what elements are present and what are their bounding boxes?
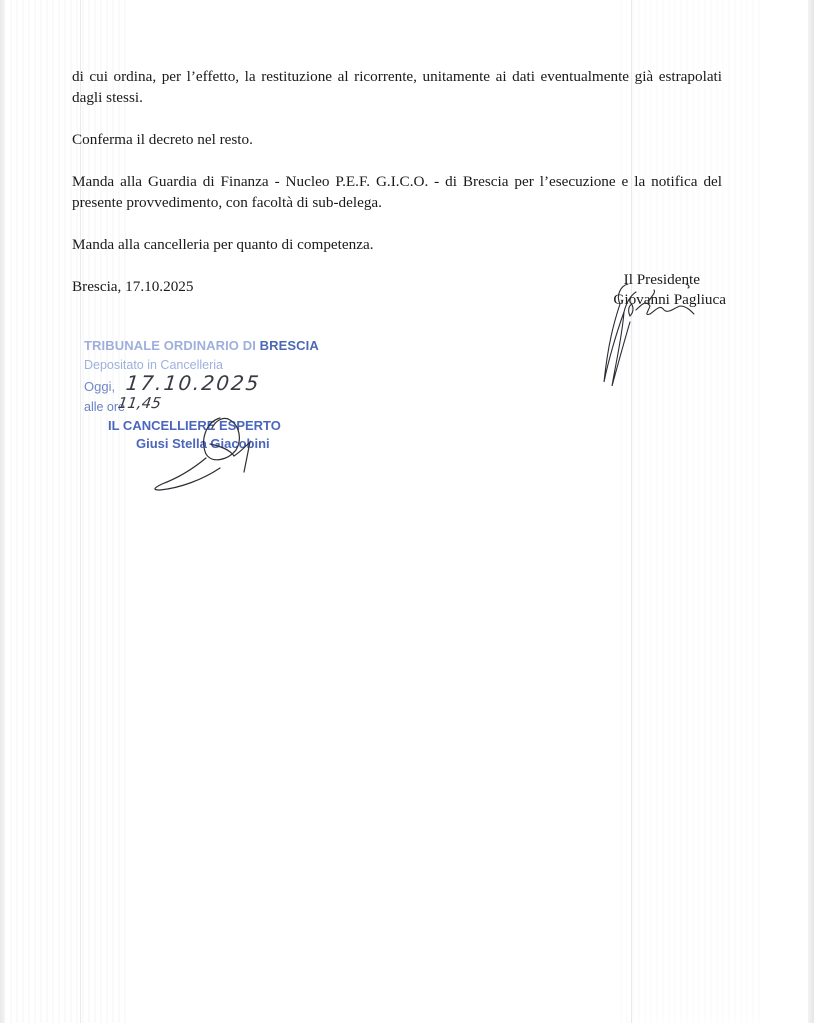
handwritten-signature-icon <box>590 282 710 392</box>
stamp-handwritten-date: 17.10.2025 <box>125 371 262 395</box>
paragraph-restitution: di cui ordina, per l’effetto, la restitu… <box>72 66 722 108</box>
page-edge-right <box>808 0 814 1023</box>
page-edge-left <box>0 0 5 1023</box>
clerk-signature-icon <box>150 410 280 495</box>
stamp-deposit-label: Depositato in Cancelleria <box>84 358 223 372</box>
paragraph-cancelleria: Manda alla cancelleria per quanto di com… <box>72 234 722 255</box>
paragraph-confirm-decree: Conferma il decreto nel resto. <box>72 129 722 150</box>
stamp-today-label: Oggi, <box>84 379 115 394</box>
paragraph-guardia-finanza: Manda alla Guardia di Finanza - Nucleo P… <box>72 171 722 213</box>
stamp-court-name: TRIBUNALE ORDINARIO DI BRESCIA <box>84 338 319 353</box>
